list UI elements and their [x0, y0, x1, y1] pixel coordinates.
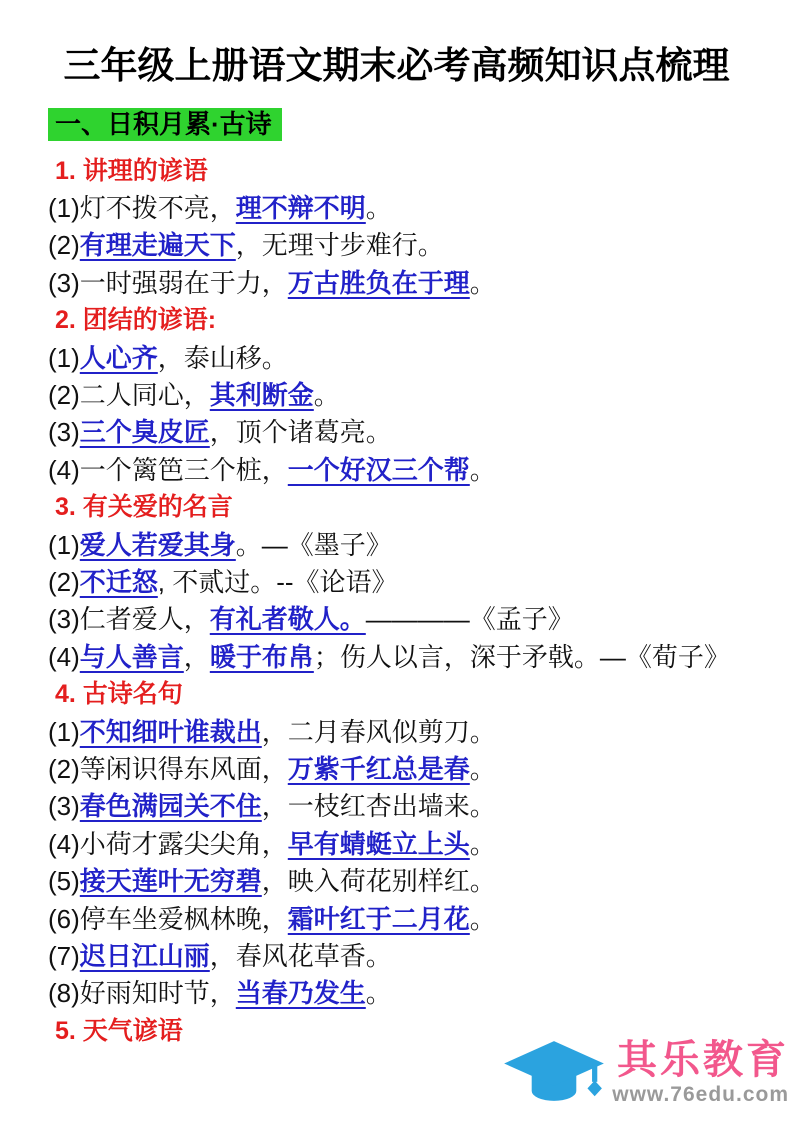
highlighted-phrase: 当春乃发生 [236, 978, 366, 1008]
list-item: (4)一个篱笆三个桩，一个好汉三个帮。 [48, 452, 773, 489]
section-heading: 3. 有关爱的名言 [55, 489, 773, 526]
page-title: 三年级上册语文期末必考高频知识点梳理 [0, 0, 793, 87]
plain-text: 。 [470, 268, 496, 298]
plain-text: ，一枝红杏出墙来。 [262, 791, 496, 821]
plain-text: (6)停车坐爱枫林晚， [48, 904, 288, 934]
section-heading: 2. 团结的谚语: [55, 302, 773, 339]
highlighted-phrase: 早有蜻蜓立上头 [288, 829, 470, 859]
plain-text: (5) [48, 866, 80, 896]
highlighted-phrase: 万古胜负在于理 [288, 268, 470, 298]
section-heading: 4. 古诗名句 [55, 676, 773, 713]
list-item: (3)仁者爱人，有礼者敬人。————《孟子》 [48, 601, 773, 638]
section-heading: 1. 讲理的谚语 [55, 153, 773, 190]
plain-text: 。 [470, 455, 496, 485]
list-item: (4)与人善言，暖于布帛；伤人以言，深于矛戟。—《荀子》 [48, 639, 773, 676]
plain-text: ， [184, 642, 210, 672]
plain-text: (2)等闲识得东风面， [48, 754, 288, 784]
list-item: (4)小荷才露尖尖角，早有蜻蜓立上头。 [48, 826, 773, 863]
plain-text: (8)好雨知时节， [48, 978, 236, 1008]
list-item: (1)不知细叶谁裁出，二月春风似剪刀。 [48, 714, 773, 751]
list-item: (3)春色满园关不住，一枝红杏出墙来。 [48, 788, 773, 825]
list-item: (8)好雨知时节，当春乃发生。 [48, 975, 773, 1012]
plain-text: (1) [48, 343, 80, 373]
plain-text: 。 [470, 904, 496, 934]
plain-text: 。 [314, 380, 340, 410]
plain-text: 。 [366, 978, 392, 1008]
highlighted-phrase: 其利断金 [210, 380, 314, 410]
brand-name: 其乐教育 [617, 1040, 789, 1080]
plain-text: (2) [48, 230, 80, 260]
plain-text: (4)小荷才露尖尖角， [48, 829, 288, 859]
plain-text: ；伤人以言，深于矛戟。—《荀子》 [314, 642, 730, 672]
list-item: (2)等闲识得东风面，万紫千红总是春。 [48, 751, 773, 788]
plain-text: ，顶个诸葛亮。 [210, 417, 392, 447]
plain-text: (3) [48, 791, 80, 821]
brand-text-block: 其乐教育 www.76edu.com [612, 1040, 789, 1106]
highlighted-phrase: 不知细叶谁裁出 [80, 717, 262, 747]
list-item: (1)爱人若爱其身。—《墨子》 [48, 527, 773, 564]
plain-text: (3)一时强弱在于力， [48, 268, 288, 298]
highlighted-phrase: 迟日江山丽 [80, 941, 210, 971]
plain-text: (1)灯不拨不亮， [48, 193, 236, 223]
plain-text: 。—《墨子》 [236, 530, 392, 560]
highlighted-phrase: 暖于布帛 [210, 642, 314, 672]
list-item: (7)迟日江山丽，春风花草香。 [48, 938, 773, 975]
list-item: (3)一时强弱在于力，万古胜负在于理。 [48, 265, 773, 302]
plain-text: (4)一个篱笆三个桩， [48, 455, 288, 485]
highlighted-phrase: 有理走遍天下 [80, 230, 236, 260]
list-item: (2)有理走遍天下，无理寸步难行。 [48, 227, 773, 264]
plain-text: (3) [48, 417, 80, 447]
highlighted-phrase: 万紫千红总是春 [288, 754, 470, 784]
plain-text: (1) [48, 530, 80, 560]
highlighted-phrase: 人心齐 [80, 343, 158, 373]
list-item: (1)灯不拨不亮，理不辩不明。 [48, 190, 773, 227]
plain-text: ，无理寸步难行。 [236, 230, 444, 260]
plain-text: (2) [48, 567, 80, 597]
plain-text: ，二月春风似剪刀。 [262, 717, 496, 747]
highlighted-phrase: 霜叶红于二月花 [288, 904, 470, 934]
plain-text: ，泰山移。 [158, 343, 288, 373]
graduation-cap-icon [500, 1032, 608, 1114]
highlighted-phrase: 春色满园关不住 [80, 791, 262, 821]
plain-text: 。 [366, 193, 392, 223]
plain-text: , 不贰过。--《论语》 [158, 567, 398, 597]
plain-text: ————《孟子》 [366, 604, 574, 634]
plain-text: (7) [48, 941, 80, 971]
brand-footer: 其乐教育 www.76edu.com [500, 1032, 789, 1114]
list-item: (3)三个臭皮匠，顶个诸葛亮。 [48, 414, 773, 451]
highlighted-phrase: 接天莲叶无穷碧 [80, 866, 262, 896]
highlighted-phrase: 不迁怒 [80, 567, 158, 597]
plain-text: ，春风花草香。 [210, 941, 392, 971]
list-item: (1)人心齐，泰山移。 [48, 340, 773, 377]
highlighted-phrase: 有礼者敬人。 [210, 604, 366, 634]
brand-url: www.76edu.com [612, 1083, 789, 1106]
plain-text: 。 [470, 829, 496, 859]
highlighted-phrase: 爱人若爱其身 [80, 530, 236, 560]
sections: 1. 讲理的谚语(1)灯不拨不亮，理不辩不明。(2)有理走遍天下，无理寸步难行。… [0, 153, 793, 1050]
highlighted-phrase: 一个好汉三个帮 [288, 455, 470, 485]
list-item: (2)不迁怒, 不贰过。--《论语》 [48, 564, 773, 601]
plain-text: (1) [48, 717, 80, 747]
plain-text: (4) [48, 642, 80, 672]
list-item: (6)停车坐爱枫林晚，霜叶红于二月花。 [48, 901, 773, 938]
highlighted-phrase: 理不辩不明 [236, 193, 366, 223]
plain-text: 。 [470, 754, 496, 784]
highlighted-phrase: 三个臭皮匠 [80, 417, 210, 447]
plain-text: ，映入荷花别样红。 [262, 866, 496, 896]
plain-text: (3)仁者爱人， [48, 604, 210, 634]
section-banner: 一、日积月累·古诗 [48, 108, 282, 141]
list-item: (5)接天莲叶无穷碧，映入荷花别样红。 [48, 863, 773, 900]
list-item: (2)二人同心，其利断金。 [48, 377, 773, 414]
plain-text: (2)二人同心， [48, 380, 210, 410]
document-page: 三年级上册语文期末必考高频知识点梳理 一、日积月累·古诗 1. 讲理的谚语(1)… [0, 0, 793, 1122]
highlighted-phrase: 与人善言 [80, 642, 184, 672]
